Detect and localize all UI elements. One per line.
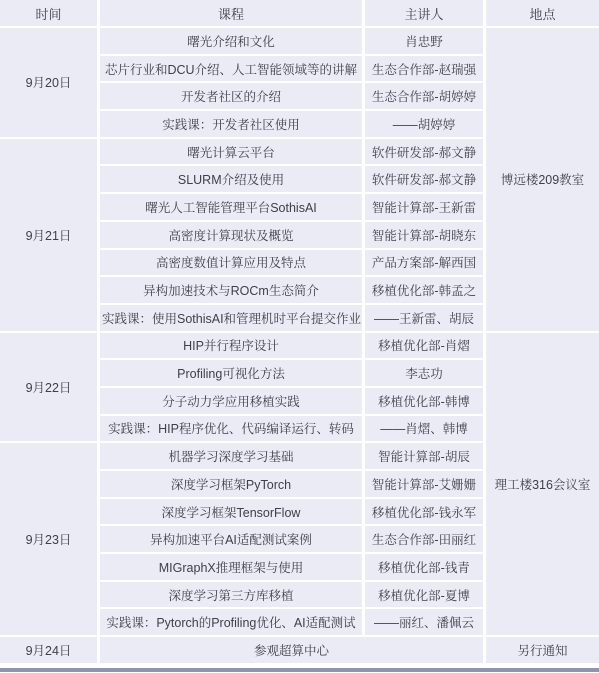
- speaker-cell: ——肖熠、韩博: [365, 416, 486, 444]
- course-cell: 深度学习框架PyTorch: [100, 471, 365, 499]
- course-cell: Profiling可视化方法: [100, 360, 365, 388]
- course-cell: 实践课：Pytorch的Profiling优化、AI适配测试: [100, 609, 365, 637]
- header-course: 课程: [100, 0, 365, 28]
- speaker-cell: ——胡婷婷: [365, 111, 486, 139]
- location-cell: 理工楼316会议室: [486, 333, 599, 638]
- time-cell: 9月23日: [0, 443, 100, 637]
- course-cell: 异构加速平台AI适配测试案例: [100, 526, 365, 554]
- speaker-cell: 生态合作部-赵瑞强: [365, 56, 486, 84]
- speaker-cell: ——王新雷、胡辰: [365, 305, 486, 333]
- course-cell: 深度学习第三方库移植: [100, 582, 365, 610]
- header-speaker: 主讲人: [365, 0, 486, 28]
- course-cell: 异构加速技术与ROCm生态简介: [100, 277, 365, 305]
- speaker-cell: 移植优化部-韩博: [365, 388, 486, 416]
- speaker-cell: ——丽红、潘佩云: [365, 609, 486, 637]
- speaker-cell: 李志功: [365, 360, 486, 388]
- schedule-row: 9月24日参观超算中心另行通知: [0, 637, 599, 665]
- course-cell: 实践课：开发者社区使用: [100, 111, 365, 139]
- time-cell: 9月22日: [0, 333, 100, 444]
- speaker-cell: 移植优化部-钱青: [365, 554, 486, 582]
- course-cell: HIP并行程序设计: [100, 333, 365, 361]
- course-cell: 曙光介绍和文化: [100, 28, 365, 56]
- course-cell: 高密度数值计算应用及特点: [100, 250, 365, 278]
- speaker-cell: 软件研发部-郝文静: [365, 166, 486, 194]
- course-cell: 机器学习深度学习基础: [100, 443, 365, 471]
- header-time: 时间: [0, 0, 100, 28]
- bottom-divider-bar: [0, 668, 599, 672]
- course-cell: 分子动力学应用移植实践: [100, 388, 365, 416]
- speaker-cell: 生态合作部-田丽红: [365, 526, 486, 554]
- course-cell: 芯片行业和DCU介绍、人工智能领域等的讲解: [100, 56, 365, 84]
- speaker-cell: 移植优化部-夏博: [365, 582, 486, 610]
- speaker-cell: 肖忠野: [365, 28, 486, 56]
- location-cell: 另行通知: [486, 637, 599, 665]
- location-cell: 博远楼209教室: [486, 28, 599, 333]
- time-cell: 9月20日: [0, 28, 100, 139]
- course-cell: 实践课：HIP程序优化、代码编译运行、转码: [100, 416, 365, 444]
- time-cell: 9月21日: [0, 139, 100, 333]
- course-schedule-table: 时间 课程 主讲人 地点 9月20日曙光介绍和文化肖忠野博远楼209教室芯片行业…: [0, 0, 599, 665]
- course-cell: 曙光计算云平台: [100, 139, 365, 167]
- course-cell: 曙光人工智能管理平台SothisAI: [100, 194, 365, 222]
- speaker-cell: 软件研发部-郝文静: [365, 139, 486, 167]
- speaker-cell: 移植优化部-钱永军: [365, 499, 486, 527]
- course-cell: SLURM介绍及使用: [100, 166, 365, 194]
- speaker-cell: 智能计算部-胡辰: [365, 443, 486, 471]
- speaker-cell: 移植优化部-韩孟之: [365, 277, 486, 305]
- header-row: 时间 课程 主讲人 地点: [0, 0, 599, 28]
- course-cell: 高密度计算现状及概览: [100, 222, 365, 250]
- speaker-cell: 产品方案部-解西国: [365, 250, 486, 278]
- course-cell: MIGraphX推理框架与使用: [100, 554, 365, 582]
- speaker-cell: 生态合作部-胡婷婷: [365, 83, 486, 111]
- speaker-cell: 智能计算部-王新雷: [365, 194, 486, 222]
- speaker-cell: 智能计算部-艾姗姗: [365, 471, 486, 499]
- time-cell: 9月24日: [0, 637, 100, 665]
- speaker-cell: 移植优化部-肖熠: [365, 333, 486, 361]
- course-schedule-page: 时间 课程 主讲人 地点 9月20日曙光介绍和文化肖忠野博远楼209教室芯片行业…: [0, 0, 599, 672]
- course-cell: 开发者社区的介绍: [100, 83, 365, 111]
- schedule-row: 9月20日曙光介绍和文化肖忠野博远楼209教室: [0, 28, 599, 56]
- header-location: 地点: [486, 0, 599, 28]
- course-cell: 参观超算中心: [100, 637, 486, 665]
- schedule-row: 9月22日HIP并行程序设计移植优化部-肖熠理工楼316会议室: [0, 333, 599, 361]
- course-cell: 深度学习框架TensorFlow: [100, 499, 365, 527]
- course-cell: 实践课：使用SothisAI和管理机时平台提交作业: [100, 305, 365, 333]
- speaker-cell: 智能计算部-胡晓东: [365, 222, 486, 250]
